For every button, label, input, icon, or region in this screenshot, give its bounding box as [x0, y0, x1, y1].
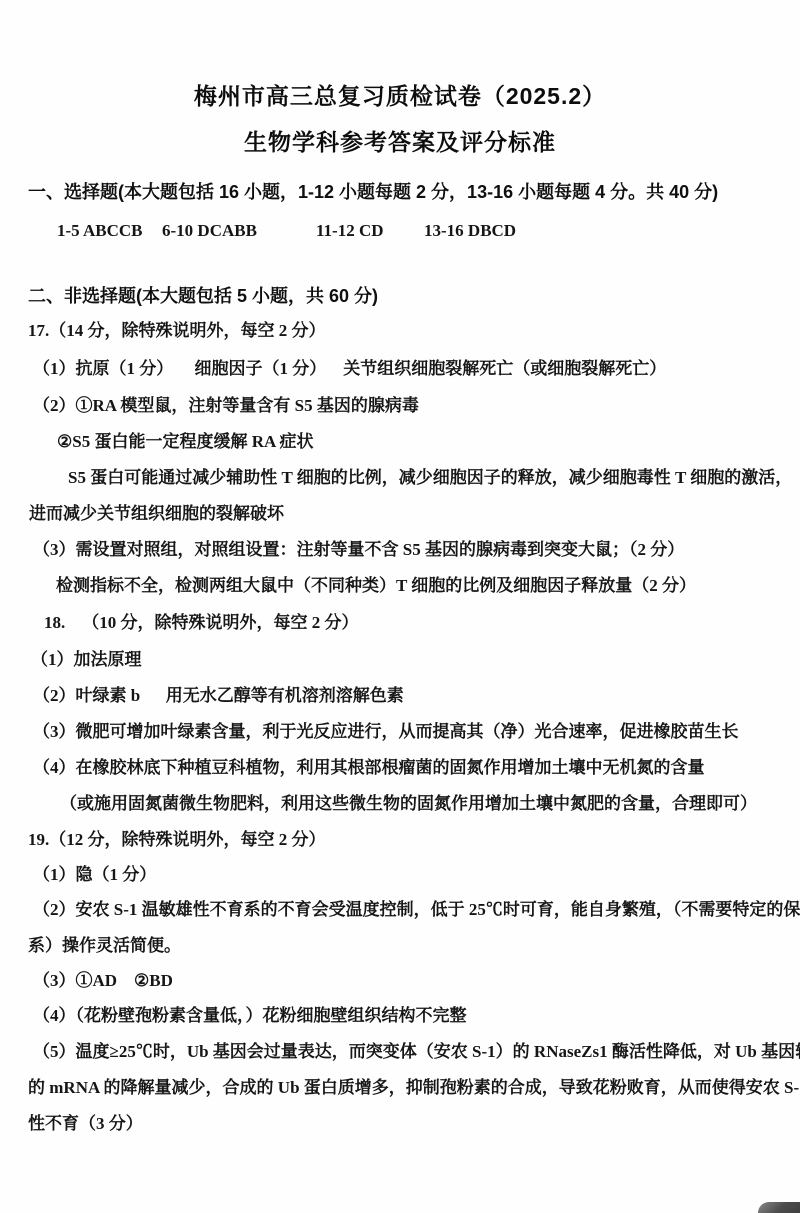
q17-line: （1）抗原（1 分） 细胞因子（1 分） 关节组织细胞裂解死亡（或细胞裂解死亡）: [33, 357, 666, 381]
q18-line: （1）加法原理: [31, 648, 142, 672]
corner-overlay: [758, 1202, 800, 1213]
q18-header: 18. （10 分，除特殊说明外，每空 2 分）: [44, 611, 359, 635]
q19-line: （3）①AD ②BD: [33, 969, 173, 993]
q17-header: 17.（14 分，除特殊说明外，每空 2 分）: [28, 319, 326, 343]
q19-line: （5）温度≥25℃时，Ub 基因会过量表达，而突变体（安农 S-1）的 RNas…: [33, 1040, 800, 1064]
document-subtitle: 生物学科参考答案及评分标准: [0, 130, 800, 154]
document-title: 梅州市高三总复习质检试卷（2025.2）: [0, 84, 800, 108]
q17-line: （2）①RA 模型鼠，注射等量含有 S5 基因的腺病毒: [33, 394, 419, 418]
section1-heading: 一、选择题(本大题包括 16 小题，1-12 小题每题 2 分，13-16 小题…: [28, 180, 718, 204]
q17-line: 进而减少关节组织细胞的裂解破坏: [29, 502, 284, 526]
q19-header: 19.（12 分，除特殊说明外，每空 2 分）: [28, 828, 326, 852]
q18-line: （2）叶绿素 b 用无水乙醇等有机溶剂溶解色素: [33, 684, 404, 708]
q17-line: S5 蛋白可能通过减少辅助性 T 细胞的比例，减少细胞因子的释放，减少细胞毒性 …: [68, 466, 792, 490]
q19-line: （1）隐（1 分）: [33, 863, 156, 887]
q19-line: 性不育（3 分）: [28, 1112, 143, 1136]
answer-group-6-10: 6-10 DCABB: [162, 219, 257, 243]
q18-line: （4）在橡胶林底下种植豆科植物，利用其根部根瘤菌的固氮作用增加土壤中无机氮的含量: [33, 756, 705, 780]
q19-line: （4）（花粉壁孢粉素含量低，）花粉细胞壁组织结构不完整: [33, 1004, 467, 1028]
answer-group-1-5: 1-5 ABCCB: [57, 219, 142, 243]
q19-line: （2）安农 S-1 温敏雄性不育系的不育会受温度控制，低于 25℃时可育，能自身…: [33, 898, 800, 922]
q19-line: 系）操作灵活简便。: [28, 934, 181, 958]
q19-line: 的 mRNA 的降解量减少，合成的 Ub 蛋白质增多，抑制孢粉素的合成，导致花粉…: [28, 1076, 800, 1100]
q17-line: 检测指标不全，检测两组大鼠中（不同种类）T 细胞的比例及细胞因子释放量（2 分）: [56, 574, 696, 598]
section2-heading: 二、非选择题(本大题包括 5 小题，共 60 分): [28, 284, 378, 308]
answer-group-11-12: 11-12 CD: [316, 219, 384, 243]
q18-line: （或施用固氮菌微生物肥料，利用这些微生物的固氮作用增加土壤中氮肥的含量，合理即可…: [60, 792, 757, 816]
document-page: 梅州市高三总复习质检试卷（2025.2） 生物学科参考答案及评分标准 一、选择题…: [0, 0, 800, 1213]
answer-group-13-16: 13-16 DBCD: [424, 219, 516, 243]
q18-line: （3）微肥可增加叶绿素含量，利于光反应进行，从而提高其（净）光合速率，促进橡胶苗…: [33, 720, 739, 744]
q17-line: ②S5 蛋白能一定程度缓解 RA 症状: [57, 430, 314, 454]
q17-line: （3）需设置对照组，对照组设置：注射等量不含 S5 基因的腺病毒到突变大鼠；（2…: [33, 538, 684, 562]
